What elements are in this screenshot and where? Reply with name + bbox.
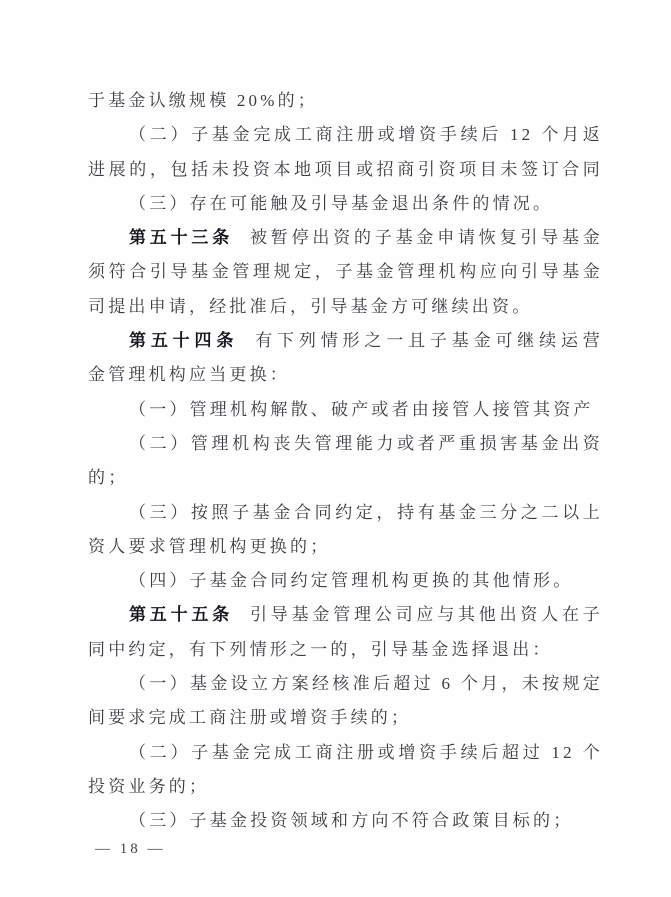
article-number: 第五十三条 bbox=[129, 228, 233, 247]
article-number: 第五十五条 bbox=[129, 605, 233, 624]
document-line: 于基金认缴规模 20%的； bbox=[88, 84, 603, 118]
document-line: 资人要求管理机构更换的； bbox=[88, 530, 603, 564]
document-line: 第五十四条有下列情形之一且子基金可继续运营的，子基 bbox=[88, 324, 603, 358]
document-line: 进展的，包括未投资本地项目或招商引资项目未签订合同或落地； bbox=[88, 153, 603, 187]
document-line: 第五十五条引导基金管理公司应与其他出资人在子基金合 bbox=[88, 598, 603, 632]
document-page: 于基金认缴规模 20%的；（二）子基金完成工商注册或增资手续后 12 个月返投无… bbox=[0, 0, 671, 897]
document-line: （二）子基金完成工商注册或增资手续后 12 个月返投无实质 bbox=[88, 118, 603, 152]
document-line: 间要求完成工商注册或增资手续的； bbox=[88, 701, 603, 735]
document-line: （一）管理机构解散、破产或者由接管人接管其资产的； bbox=[88, 393, 603, 427]
document-line: （二）子基金完成工商注册或增资手续后超过 12 个月，未开展 bbox=[88, 736, 603, 770]
article-number: 第五十四条 bbox=[129, 331, 238, 350]
document-line: （二）管理机构丧失管理能力或者严重损害基金出资人利益 bbox=[88, 427, 603, 461]
document-line: 金管理机构应当更换： bbox=[88, 358, 603, 392]
document-line: 第五十三条被暂停出资的子基金申请恢复引导基金出资， bbox=[88, 221, 603, 255]
page-number: — 18 — bbox=[88, 841, 603, 858]
document-lines: 于基金认缴规模 20%的；（二）子基金完成工商注册或增资手续后 12 个月返投无… bbox=[88, 84, 603, 839]
document-line: 同中约定，有下列情形之一的，引导基金选择退出： bbox=[88, 633, 603, 667]
document-line: （一）基金设立方案经核准后超过 6 个月，未按规定程序和时 bbox=[88, 667, 603, 701]
document-line: （四）子基金合同约定管理机构更换的其他情形。 bbox=[88, 564, 603, 598]
document-line: （三）按照子基金合同约定，持有基金三分之二以上权益的出 bbox=[88, 496, 603, 530]
document-line: （三）子基金投资领域和方向不符合政策目标的； bbox=[88, 804, 603, 838]
document-line: 司提出申请，经批准后，引导基金方可继续出资。 bbox=[88, 290, 603, 324]
document-line: 的； bbox=[88, 461, 603, 495]
document-line: 投资业务的； bbox=[88, 770, 603, 804]
document-line: （三）存在可能触及引导基金退出条件的情况。 bbox=[88, 187, 603, 221]
document-line: 须符合引导基金管理规定，子基金管理机构应向引导基金管理公 bbox=[88, 255, 603, 289]
